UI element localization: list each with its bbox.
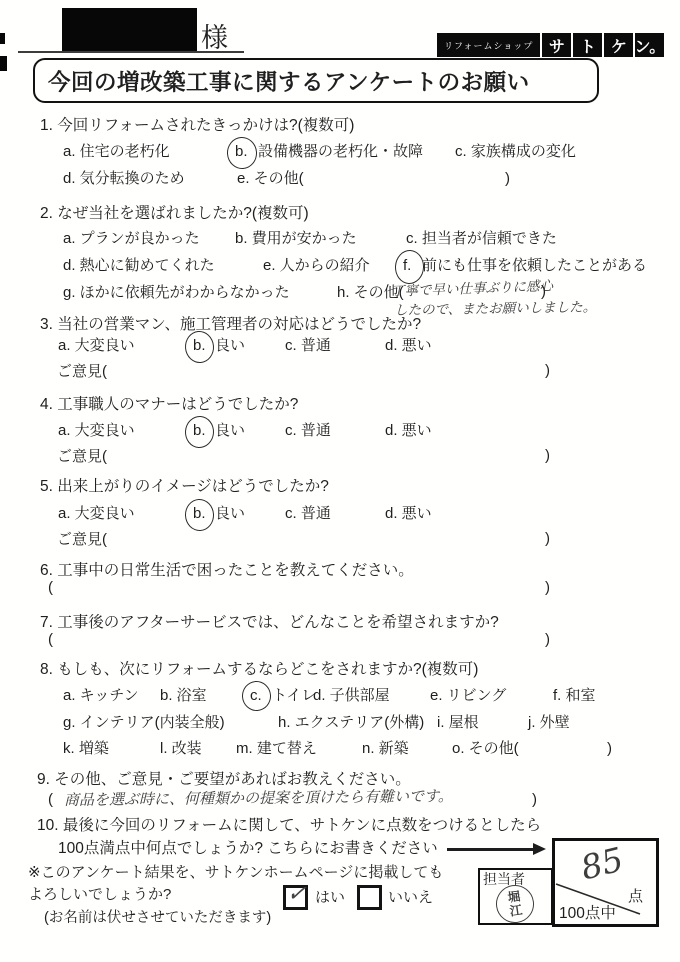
- logo-block: ン。: [635, 33, 664, 57]
- q5-option-a: a. 大変良い: [58, 505, 135, 524]
- q8-option-a: a. キッチン: [63, 687, 139, 706]
- q5-option-c: c. 普通: [285, 505, 331, 524]
- question-2-title: 2. なぜ当社を選ばれましたか?(複数可): [40, 204, 309, 223]
- q2-option-a: a. プランが良かった: [63, 230, 200, 249]
- score-denominator-label: 100点中: [559, 904, 616, 923]
- q1-option-e: e. その他(: [237, 170, 304, 189]
- score-box: 85 点 100点中: [552, 838, 659, 927]
- q8-option-o: o. その他(: [452, 740, 519, 759]
- question-1-title: 1. 今回リフォームされたきっかけは?(複数可): [40, 116, 354, 135]
- q3-opinion-close: ): [545, 362, 550, 381]
- q8-option-b: b. 浴室: [160, 687, 207, 706]
- q3-option-b: 良い: [215, 337, 245, 356]
- q8-option-h: h. エクステリア(外構): [278, 714, 424, 733]
- q8-option-k: k. 増築: [63, 740, 109, 759]
- q5-opinion-close: ): [545, 530, 550, 549]
- check-mark: ✓: [286, 879, 307, 909]
- q9-answer-open: (: [48, 791, 53, 810]
- score-unit-label: 点: [628, 888, 643, 907]
- logo-block: サ: [542, 33, 571, 57]
- satoken-logo: リフォームショップ サ ト ケ ン。: [437, 33, 664, 57]
- q8-option-d: d. 子供部屋: [313, 687, 390, 706]
- q1-option-c: c. 家族構成の変化: [455, 143, 576, 162]
- q4-option-b: 良い: [215, 422, 245, 441]
- logo-block: ト: [573, 33, 602, 57]
- question-10-title-line2: 100点満点中何点でしょうか? こちらにお書きください: [58, 839, 438, 858]
- q4-option-b-letter: b.: [193, 422, 206, 441]
- q1-option-e-close: ): [505, 170, 510, 189]
- publish-consent-line1: ※このアンケート結果を、サトケンホームページに掲載しても: [28, 864, 443, 883]
- q8-option-c-letter: c.: [250, 687, 262, 706]
- question-7-title: 7. 工事後のアフターサービスでは、どんなことを希望されますか?: [40, 613, 499, 632]
- q8-option-l: l. 改装: [160, 740, 202, 759]
- q6-answer-close: ): [545, 579, 550, 598]
- q7-answer-close: ): [545, 631, 550, 650]
- q5-option-d: d. 悪い: [385, 505, 432, 524]
- q4-option-c: c. 普通: [285, 422, 331, 441]
- form-title-box: 今回の増改築工事に関するアンケートのお願い: [33, 58, 599, 103]
- q8-option-m: m. 建て替え: [236, 740, 317, 759]
- q2-option-d: d. 熱心に勧めてくれた: [63, 257, 215, 276]
- q8-option-f: f. 和室: [553, 687, 596, 706]
- question-9-title: 9. その他、ご意見・ご要望があればお教えください。: [37, 770, 411, 789]
- staff-stamp: 堀 江: [494, 883, 537, 926]
- q2-option-c: c. 担当者が信頼できた: [406, 230, 557, 249]
- stamp-char-bottom: 江: [509, 903, 523, 919]
- checkbox-no-label: いいえ: [388, 889, 433, 908]
- q3-option-b-letter: b.: [193, 337, 206, 356]
- logo-block: ケ: [604, 33, 633, 57]
- scan-artifact: [0, 33, 5, 44]
- q8-option-o-close: ): [607, 740, 612, 759]
- q1-option-b-letter: b.: [235, 143, 248, 162]
- form-title: 今回の増改築工事に関するアンケートのお願い: [48, 65, 530, 97]
- q7-answer-open: (: [48, 631, 53, 650]
- q5-option-b: 良い: [215, 505, 245, 524]
- checkbox-yes: ✓: [283, 885, 308, 910]
- q9-handwritten-answer: 商品を選ぶ時に、何種類かの提案を頂けたら有難いです。: [64, 787, 453, 810]
- scan-artifact: [0, 56, 7, 71]
- right-arrow-head-icon: [533, 843, 546, 855]
- publish-consent-line2: よろしいでしょうか?: [28, 886, 171, 905]
- staff-box: 担当者 堀 江: [478, 868, 553, 925]
- q3-opinion-label: ご意見(: [57, 363, 107, 382]
- question-10-title-line1: 10. 最後に今回のリフォームに関して、サトケンに点数をつけるとしたら: [37, 816, 541, 835]
- q8-option-i: i. 屋根: [437, 714, 479, 733]
- checkbox-no: [357, 885, 382, 910]
- q1-option-a: a. 住宅の老朽化: [63, 143, 170, 162]
- q8-option-j: j. 外壁: [528, 714, 570, 733]
- q2-option-g: g. ほかに依頼先がわからなかった: [63, 284, 290, 303]
- q4-opinion-label: ご意見(: [57, 448, 107, 467]
- q2-option-e: e. 人からの紹介: [263, 257, 370, 276]
- question-5-title: 5. 出来上がりのイメージはどうでしたか?: [40, 477, 329, 496]
- q8-option-g: g. インテリア(内装全般): [63, 714, 225, 733]
- question-8-title: 8. もしも、次にリフォームするならどこをされますか?(複数可): [40, 660, 478, 679]
- q4-option-a: a. 大変良い: [58, 422, 135, 441]
- q4-opinion-close: ): [545, 447, 550, 466]
- question-6-title: 6. 工事中の日常生活で困ったことを教えてください。: [40, 561, 414, 580]
- q1-option-d: d. 気分転換のため: [63, 170, 185, 189]
- question-3-title: 3. 当社の営業マン、施工管理者の対応はどうでしたか?: [40, 315, 421, 334]
- question-4-title: 4. 工事職人のマナーはどうでしたか?: [40, 395, 298, 414]
- q5-opinion-label: ご意見(: [57, 531, 107, 550]
- q2-option-f-letter: f.: [403, 257, 411, 276]
- q2-option-f: 前にも仕事を依頼したことがある: [422, 257, 647, 276]
- q9-answer-close: ): [532, 791, 537, 810]
- redacted-name-block: [62, 8, 197, 52]
- q2-option-b: b. 費用が安かった: [235, 230, 357, 249]
- q2-handwritten-answer-line2: したので、またお願いしました。: [394, 299, 596, 319]
- q3-option-d: d. 悪い: [385, 337, 432, 356]
- anonymity-note: (お名前は伏せさせていただきます): [44, 909, 271, 927]
- q8-option-e: e. リビング: [430, 687, 506, 706]
- survey-sheet: 様 リフォームショップ サ ト ケ ン。 今回の増改築工事に関するアンケートのお…: [0, 0, 680, 962]
- q6-answer-open: (: [48, 579, 53, 598]
- q1-option-b: 設備機器の老朽化・故障: [258, 143, 423, 162]
- name-underline: [18, 51, 244, 53]
- q5-option-b-letter: b.: [193, 505, 206, 524]
- q2-option-h-close: ): [541, 283, 546, 302]
- q3-option-a: a. 大変良い: [58, 337, 135, 356]
- q8-option-n: n. 新築: [362, 740, 409, 759]
- q4-option-d: d. 悪い: [385, 422, 432, 441]
- q3-option-c: c. 普通: [285, 337, 331, 356]
- logo-shop-label: リフォームショップ: [437, 33, 540, 57]
- checkbox-yes-label: はい: [315, 889, 345, 908]
- q8-option-c: トイレ: [272, 687, 316, 706]
- right-arrow-icon: [447, 848, 535, 851]
